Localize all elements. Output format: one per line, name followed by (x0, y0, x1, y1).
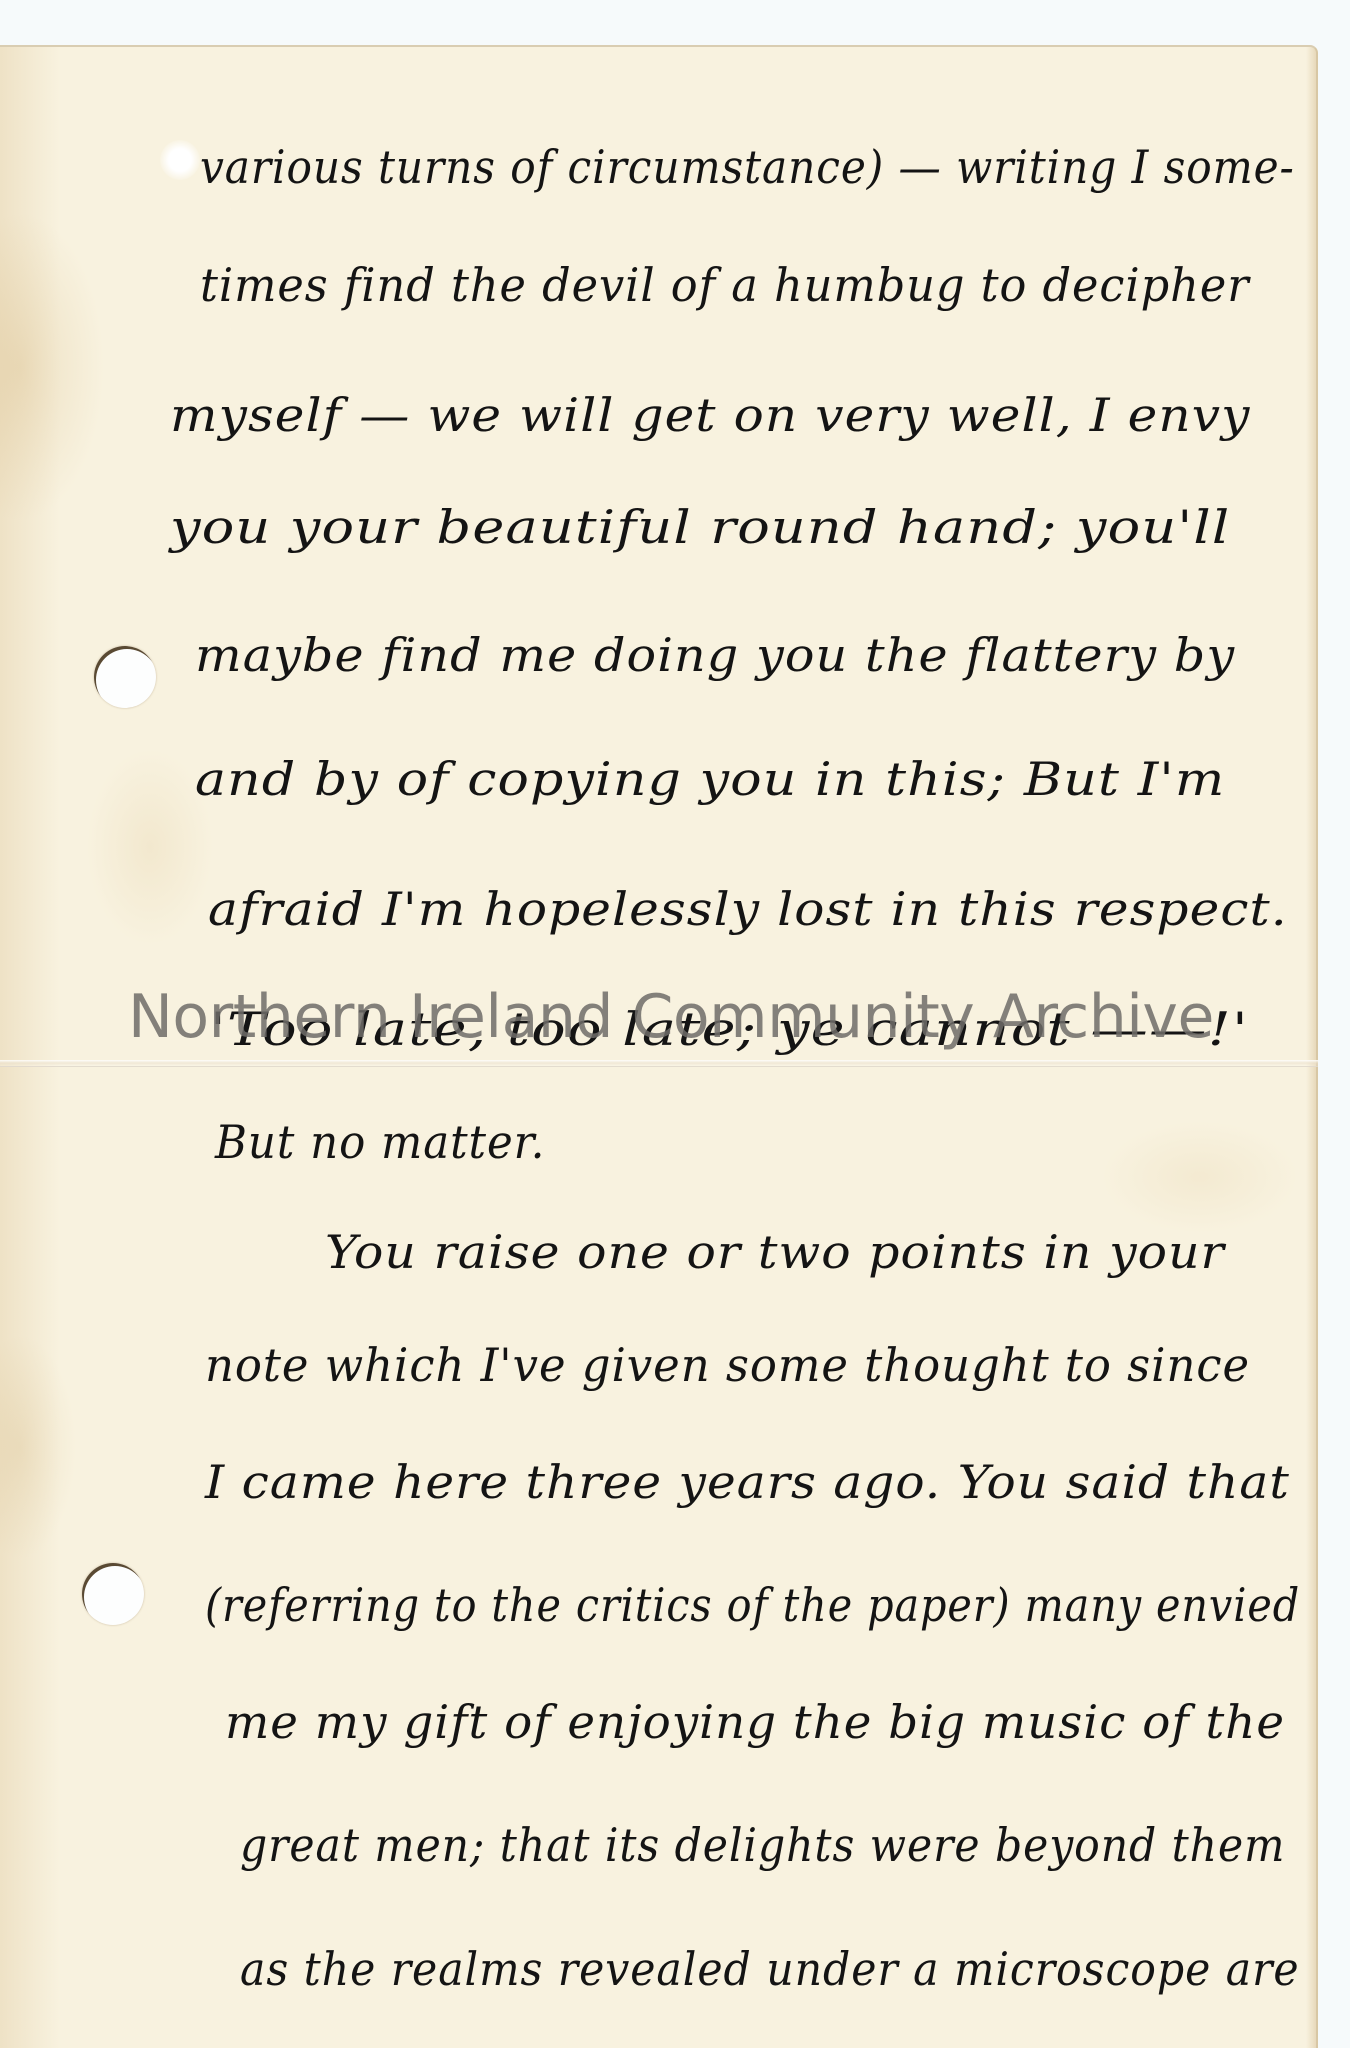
handwritten-line: maybe find me doing you the flattery by (195, 628, 1235, 682)
paper-stain (160, 140, 200, 180)
handwritten-line: But no matter. (215, 1115, 545, 1169)
handwritten-line: 'Too late, too late; ye cannot ——!' (210, 1002, 1249, 1056)
handwritten-line: me my gift of enjoying the big music of … (225, 1695, 1285, 1749)
handwritten-line: times find the devil of a humbug to deci… (200, 258, 1250, 312)
handwritten-line: note which I've given some thought to si… (205, 1338, 1250, 1392)
handwritten-line: You raise one or two points in your (325, 1225, 1225, 1279)
handwritten-line: I came here three years ago. You said th… (205, 1455, 1290, 1509)
handwritten-line: great men; that its delights were beyond… (240, 1818, 1285, 1872)
handwritten-line: afraid I'm hopelessly lost in this respe… (208, 882, 1288, 936)
handwritten-line: myself — we will get on very well, I env… (170, 388, 1250, 442)
handwritten-line: you your beautiful round hand; you'll (170, 500, 1230, 554)
handwritten-line: (referring to the critics of the paper) … (205, 1578, 1300, 1632)
punch-hole-bottom (82, 1563, 144, 1625)
handwritten-line: and by of copying you in this; But I'm (195, 752, 1225, 806)
handwritten-line: various turns of circumstance) — writing… (200, 140, 1295, 194)
fold-crease (0, 1060, 1318, 1067)
punch-hole-top (94, 646, 156, 708)
handwritten-line: as the realms revealed under a microscop… (240, 1942, 1300, 1996)
